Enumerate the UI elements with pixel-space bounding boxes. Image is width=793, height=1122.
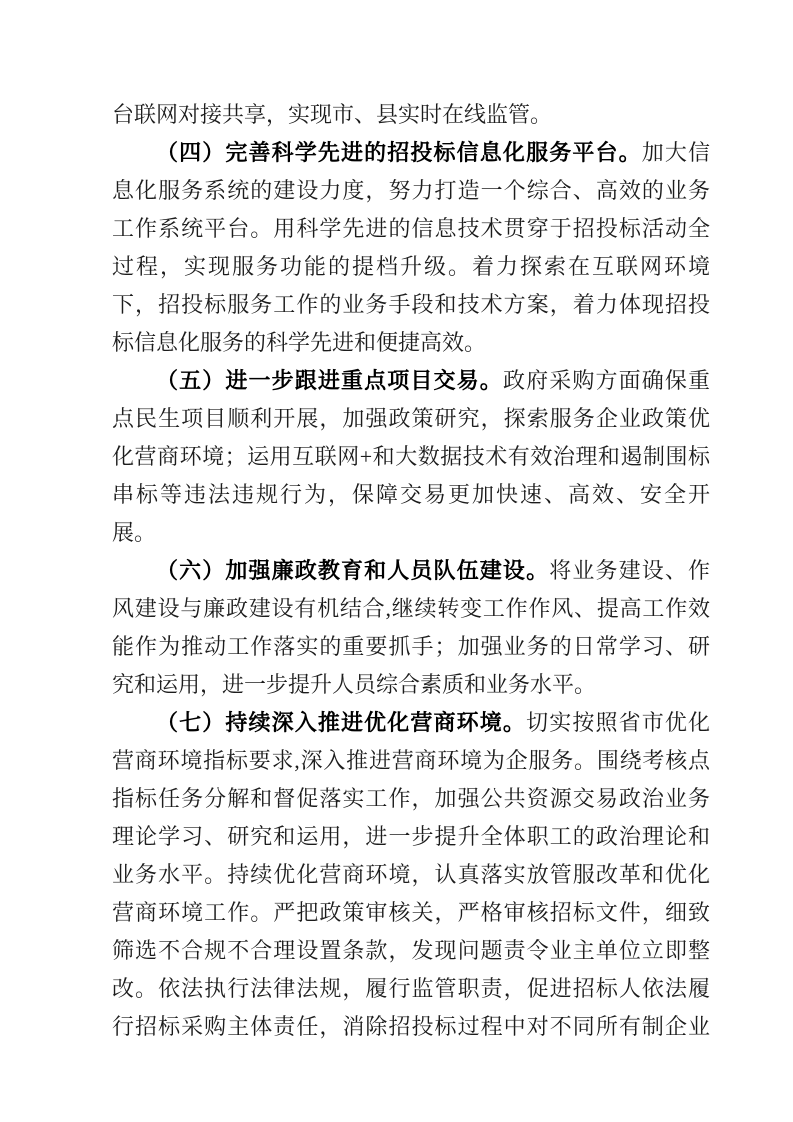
section-heading-text: （七）持续深入推进优化营商环境。 xyxy=(156,710,526,735)
text-line: 营商环境工作。严把政策审核关，严格审核招标文件，细致 xyxy=(112,894,710,932)
body-text: 营商环境工作。严把政策审核关，严格审核招标文件，细致 xyxy=(112,900,710,925)
paragraph: （五）进一步跟进重点项目交易。政府采购方面确保重点民生项目顺利开展，加强政策研究… xyxy=(112,362,710,552)
body-text: 工作系统平台。用科学先进的信息技术贯穿于招投标活动全 xyxy=(112,216,710,241)
text-line: 点民生项目顺利开展，加强政策研究，探索服务企业政策优 xyxy=(112,400,710,438)
text-line: 展。 xyxy=(112,514,710,552)
body-text: 串标等违法违规行为，保障交易更加快速、高效、安全开 xyxy=(112,482,710,507)
body-text: 业务水平。持续优化营商环境，认真落实放管服改革和优化 xyxy=(112,862,710,887)
text-line: 风建设与廉政建设有机结合,继续转变工作作风、提高工作效 xyxy=(112,590,710,628)
text-line: （七）持续深入推进优化营商环境。切实按照省市优化 xyxy=(112,704,710,742)
body-text: 能作为推动工作落实的重要抓手；加强业务的日常学习、研 xyxy=(112,634,710,659)
text-line: 营商环境指标要求,深入推进营商环境为企服务。围绕考核点 xyxy=(112,742,710,780)
body-text: 切实按照省市优化 xyxy=(526,710,710,735)
text-line: 筛选不合规不合理设置条款，发现问题责令业主单位立即整 xyxy=(112,932,710,970)
text-line: 能作为推动工作落实的重要抓手；加强业务的日常学习、研 xyxy=(112,628,710,666)
section-heading-text: （六）加强廉政教育和人员队伍建设。 xyxy=(156,558,549,583)
document-page: 台联网对接共享，实现市、县实时在线监管。（四）完善科学先进的招投标信息化服务平台… xyxy=(0,0,793,1122)
text-line: 行招标采购主体责任，消除招投标过程中对不同所有制企业 xyxy=(112,1008,710,1046)
paragraph: （七）持续深入推进优化营商环境。切实按照省市优化营商环境指标要求,深入推进营商环… xyxy=(112,704,710,1046)
body-text: 过程，实现服务功能的提档升级。着力探索在互联网环境 xyxy=(112,254,710,279)
section-heading-text: （四）完善科学先进的招投标信息化服务平台。 xyxy=(156,140,642,165)
body-text: 改。依法执行法律法规，履行监管职责，促进招标人依法履 xyxy=(112,976,710,1001)
text-line: 下，招投标服务工作的业务手段和技术方案，着力体现招投 xyxy=(112,286,710,324)
text-line: 究和运用，进一步提升人员综合素质和业务水平。 xyxy=(112,666,710,704)
body-text: 息化服务系统的建设力度，努力打造一个综合、高效的业务 xyxy=(112,178,710,203)
text-line: 过程，实现服务功能的提档升级。着力探索在互联网环境 xyxy=(112,248,710,286)
paragraph: （六）加强廉政教育和人员队伍建设。将业务建设、作风建设与廉政建设有机结合,继续转… xyxy=(112,552,710,704)
body-text: 标信息化服务的科学先进和便捷高效。 xyxy=(112,330,486,355)
body-text: 指标任务分解和督促落实工作，加强公共资源交易政治业务 xyxy=(112,786,710,811)
text-line: （六）加强廉政教育和人员队伍建设。将业务建设、作 xyxy=(112,552,710,590)
text-line: 改。依法执行法律法规，履行监管职责，促进招标人依法履 xyxy=(112,970,710,1008)
body-text: 理论学习、研究和运用，进一步提升全体职工的政治理论和 xyxy=(112,824,710,849)
text-line: 台联网对接共享，实现市、县实时在线监管。 xyxy=(112,96,710,134)
text-line: （五）进一步跟进重点项目交易。政府采购方面确保重 xyxy=(112,362,710,400)
text-body: 台联网对接共享，实现市、县实时在线监管。（四）完善科学先进的招投标信息化服务平台… xyxy=(112,96,710,1046)
text-line: 息化服务系统的建设力度，努力打造一个综合、高效的业务 xyxy=(112,172,710,210)
text-line: 标信息化服务的科学先进和便捷高效。 xyxy=(112,324,710,362)
body-text: 点民生项目顺利开展，加强政策研究，探索服务企业政策优 xyxy=(112,406,710,431)
body-text: 化营商环境；运用互联网+和大数据技术有效治理和遏制围标 xyxy=(112,444,710,469)
body-text: 将业务建设、作 xyxy=(549,558,710,583)
body-text: 加大信 xyxy=(642,140,710,165)
text-line: 串标等违法违规行为，保障交易更加快速、高效、安全开 xyxy=(112,476,710,514)
text-line: 理论学习、研究和运用，进一步提升全体职工的政治理论和 xyxy=(112,818,710,856)
body-text: 营商环境指标要求,深入推进营商环境为企服务。围绕考核点 xyxy=(112,748,710,773)
text-line: 指标任务分解和督促落实工作，加强公共资源交易政治业务 xyxy=(112,780,710,818)
text-line: 工作系统平台。用科学先进的信息技术贯穿于招投标活动全 xyxy=(112,210,710,248)
text-line: 业务水平。持续优化营商环境，认真落实放管服改革和优化 xyxy=(112,856,710,894)
body-text: 筛选不合规不合理设置条款，发现问题责令业主单位立即整 xyxy=(112,938,710,963)
text-line: 化营商环境；运用互联网+和大数据技术有效治理和遏制围标 xyxy=(112,438,710,476)
body-text: 风建设与廉政建设有机结合,继续转变工作作风、提高工作效 xyxy=(112,596,710,621)
text-line: （四）完善科学先进的招投标信息化服务平台。加大信 xyxy=(112,134,710,172)
body-text: 台联网对接共享，实现市、县实时在线监管。 xyxy=(112,102,552,127)
paragraph: （四）完善科学先进的招投标信息化服务平台。加大信息化服务系统的建设力度，努力打造… xyxy=(112,134,710,362)
body-text: 行招标采购主体责任，消除招投标过程中对不同所有制企业 xyxy=(112,1014,710,1039)
body-text: 究和运用，进一步提升人员综合素质和业务水平。 xyxy=(112,672,596,697)
paragraph: 台联网对接共享，实现市、县实时在线监管。 xyxy=(112,96,710,134)
section-heading-text: （五）进一步跟进重点项目交易。 xyxy=(156,368,503,393)
body-text: 展。 xyxy=(112,520,156,545)
body-text: 下，招投标服务工作的业务手段和技术方案，着力体现招投 xyxy=(112,292,710,317)
body-text: 政府采购方面确保重 xyxy=(503,368,710,393)
